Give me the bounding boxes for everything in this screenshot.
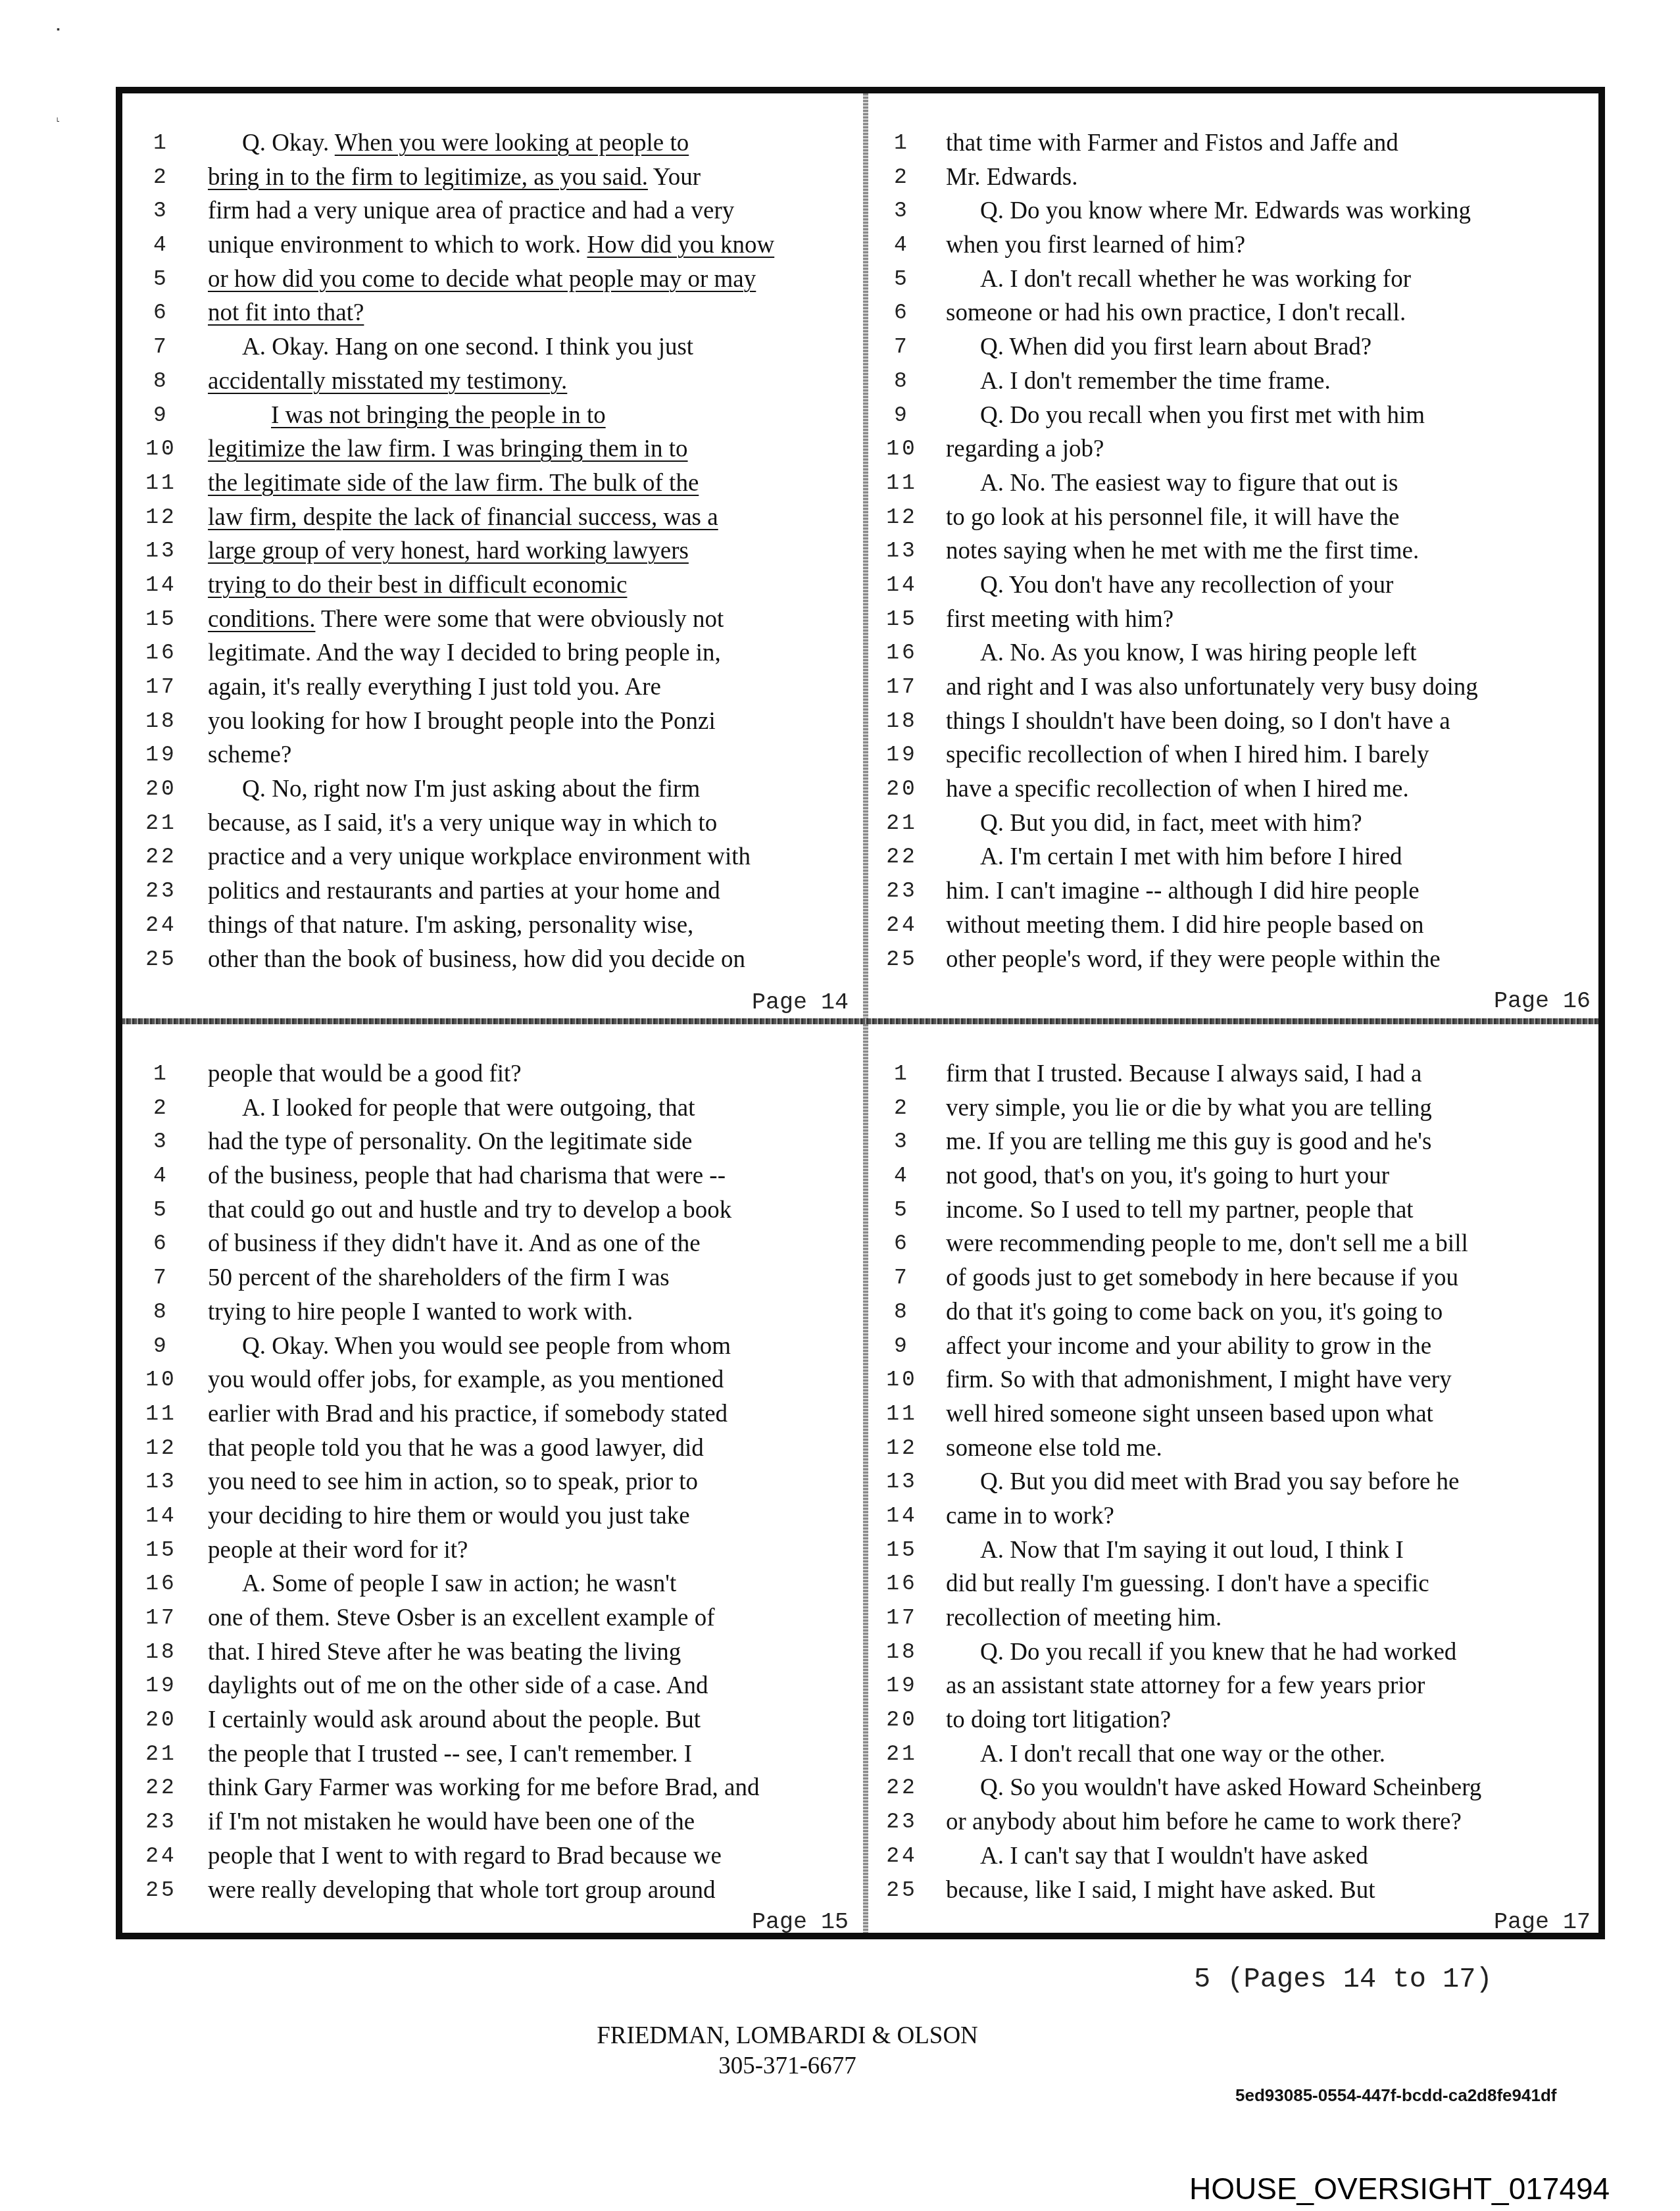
transcript-line: 5A. I don't recall whether he was workin… xyxy=(868,262,1605,297)
court-reporter-block: FRIEDMAN, LOMBARDI & OLSON 305-371-6677 xyxy=(0,2021,1627,2081)
line-number: 9 xyxy=(872,1329,931,1364)
line-number: 2 xyxy=(872,1091,931,1126)
line-text: as an assistant state attorney for a few… xyxy=(946,1669,1425,1703)
transcript-line: 18things I shouldn't have been doing, so… xyxy=(868,705,1605,739)
transcript-page-16: 1that time with Farmer and Fistos and Ja… xyxy=(868,93,1605,1018)
line-text: Q. You don't have any recollection of yo… xyxy=(946,568,1393,603)
transcript-line: 16legitimate. And the way I decided to b… xyxy=(122,636,863,670)
transcript-line: 7A. Okay. Hang on one second. I think yo… xyxy=(122,330,863,364)
transcript-line: 15A. Now that I'm saying it out loud, I … xyxy=(868,1533,1605,1568)
transcript-page-15: 1people that would be a good fit?2A. I l… xyxy=(122,1024,863,1939)
line-number: 24 xyxy=(872,908,931,943)
document-hash-id: 5ed93085-0554-447f-bcdd-ca2d8fe941df xyxy=(1235,2085,1556,2106)
transcript-line: 24without meeting them. I did hire peopl… xyxy=(868,908,1605,943)
line-text: were really developing that whole tort g… xyxy=(208,1874,716,1908)
line-number: 4 xyxy=(132,1159,191,1193)
line-number: 14 xyxy=(872,568,931,603)
line-number: 21 xyxy=(872,807,931,841)
transcript-line: 5that could go out and hustle and try to… xyxy=(122,1193,863,1228)
line-text: the legitimate side of the law firm. The… xyxy=(208,466,699,501)
line-number: 7 xyxy=(872,330,931,364)
page-17-lines: 1firm that I trusted. Because I always s… xyxy=(868,1057,1605,1907)
transcript-line: 11A. No. The easiest way to figure that … xyxy=(868,466,1605,501)
line-text: that time with Farmer and Fistos and Jaf… xyxy=(946,126,1398,161)
transcript-line: 9Q. Okay. When you would see people from… xyxy=(122,1329,863,1364)
transcript-line: 5income. So I used to tell my partner, p… xyxy=(868,1193,1605,1228)
line-text: Q. When did you first learn about Brad? xyxy=(946,330,1371,364)
line-text: A. No. The easiest way to figure that ou… xyxy=(946,466,1398,501)
line-number: 8 xyxy=(132,364,191,399)
line-text: or anybody about him before he came to w… xyxy=(946,1805,1462,1839)
line-number: 23 xyxy=(872,1805,931,1839)
line-text: first meeting with him? xyxy=(946,603,1174,637)
line-number: 22 xyxy=(872,1771,931,1805)
transcript-line: 15people at their word for it? xyxy=(122,1533,863,1568)
scan-mark: ▪ xyxy=(57,24,60,34)
transcript-line: 9affect your income and your ability to … xyxy=(868,1329,1605,1364)
line-text: practice and a very unique workplace env… xyxy=(208,840,751,874)
underline-annotation: legitimize the law firm. I was bringing … xyxy=(208,435,688,462)
line-text: Q. Do you know where Mr. Edwards was wor… xyxy=(946,194,1471,228)
transcript-line: 18that. I hired Steve after he was beati… xyxy=(122,1635,863,1670)
transcript-line: 8trying to hire people I wanted to work … xyxy=(122,1295,863,1329)
line-text: me. If you are telling me this guy is go… xyxy=(946,1125,1431,1159)
line-text: other than the book of business, how did… xyxy=(208,943,745,977)
underline-annotation: bring in to the firm to legitimize, as y… xyxy=(208,164,648,191)
line-number: 23 xyxy=(132,874,191,908)
transcript-line: 21Q. But you did, in fact, meet with him… xyxy=(868,807,1605,841)
transcript-line: 2A. I looked for people that were outgoi… xyxy=(122,1091,863,1126)
line-number: 17 xyxy=(132,1601,191,1635)
line-number: 4 xyxy=(132,228,191,262)
transcript-line: 13notes saying when he met with me the f… xyxy=(868,534,1605,568)
line-text: recollection of meeting him. xyxy=(946,1601,1222,1635)
transcript-line: 8A. I don't remember the time frame. xyxy=(868,364,1605,399)
transcript-line: 23him. I can't imagine -- although I did… xyxy=(868,874,1605,908)
transcript-line: 3Q. Do you know where Mr. Edwards was wo… xyxy=(868,194,1605,228)
line-text: firm. So with that admonishment, I might… xyxy=(946,1363,1452,1397)
page-16-lines: 1that time with Farmer and Fistos and Ja… xyxy=(868,126,1605,976)
line-number: 13 xyxy=(872,534,931,568)
line-text: firm that I trusted. Because I always sa… xyxy=(946,1057,1421,1091)
line-number: 4 xyxy=(872,228,931,262)
page-number-label: Page 15 xyxy=(752,1909,849,1935)
line-number: 12 xyxy=(872,501,931,535)
line-text: someone else told me. xyxy=(946,1431,1162,1466)
line-text: that. I hired Steve after he was beating… xyxy=(208,1635,681,1670)
transcript-line: 12that people told you that he was a goo… xyxy=(122,1431,863,1466)
line-number: 7 xyxy=(132,330,191,364)
transcript-line: 10firm. So with that admonishment, I mig… xyxy=(868,1363,1605,1397)
line-number: 24 xyxy=(132,1839,191,1874)
line-text: A. No. As you know, I was hiring people … xyxy=(946,636,1417,670)
transcript-line: 22practice and a very unique workplace e… xyxy=(122,840,863,874)
transcript-page-14: 1Q. Okay. When you were looking at peopl… xyxy=(122,93,863,1018)
line-number: 25 xyxy=(872,943,931,977)
line-text: you looking for how I brought people int… xyxy=(208,705,716,739)
transcript-line: 11the legitimate side of the law firm. T… xyxy=(122,466,863,501)
underline-annotation: large group of very honest, hard working… xyxy=(208,537,689,564)
line-number: 3 xyxy=(872,1125,931,1159)
page-15-lines: 1people that would be a good fit?2A. I l… xyxy=(122,1057,863,1907)
line-text: law firm, despite the lack of financial … xyxy=(208,501,718,535)
transcript-page-17: 1firm that I trusted. Because I always s… xyxy=(868,1024,1605,1939)
transcript-line: 17and right and I was also unfortunately… xyxy=(868,670,1605,705)
line-text: people that I went to with regard to Bra… xyxy=(208,1839,722,1874)
line-number: 23 xyxy=(872,874,931,908)
line-number: 22 xyxy=(132,840,191,874)
line-text: think Gary Farmer was working for me bef… xyxy=(208,1771,759,1805)
line-number: 23 xyxy=(132,1805,191,1839)
line-text: large group of very honest, hard working… xyxy=(208,534,689,568)
line-number: 15 xyxy=(872,1533,931,1568)
line-text: affect your income and your ability to g… xyxy=(946,1329,1431,1364)
line-text: accidentally misstated my testimony. xyxy=(208,364,567,399)
line-text: A. I'm certain I met with him before I h… xyxy=(946,840,1402,874)
transcript-line: 8do that it's going to come back on you,… xyxy=(868,1295,1605,1329)
transcript-line: 21the people that I trusted -- see, I ca… xyxy=(122,1737,863,1772)
transcript-line: 18Q. Do you recall if you knew that he h… xyxy=(868,1635,1605,1670)
line-number: 24 xyxy=(132,908,191,943)
line-number: 13 xyxy=(132,534,191,568)
line-number: 11 xyxy=(872,466,931,501)
line-number: 16 xyxy=(872,1567,931,1601)
line-number: 20 xyxy=(872,772,931,807)
transcript-line: 14came in to work? xyxy=(868,1499,1605,1533)
transcript-line: 16did but really I'm guessing. I don't h… xyxy=(868,1567,1605,1601)
line-number: 17 xyxy=(872,1601,931,1635)
transcript-line: 4when you first learned of him? xyxy=(868,228,1605,262)
page-number-label: Page 14 xyxy=(752,989,849,1016)
transcript-line: 1firm that I trusted. Because I always s… xyxy=(868,1057,1605,1091)
transcript-line: 24people that I went to with regard to B… xyxy=(122,1839,863,1874)
column-divider xyxy=(863,93,868,1933)
line-number: 9 xyxy=(872,399,931,433)
line-number: 16 xyxy=(132,636,191,670)
line-text: A. I looked for people that were outgoin… xyxy=(208,1091,695,1126)
transcript-line: 22A. I'm certain I met with him before I… xyxy=(868,840,1605,874)
line-text: A. I don't recall whether he was working… xyxy=(946,262,1411,297)
line-number: 5 xyxy=(872,262,931,297)
line-number: 25 xyxy=(132,943,191,977)
underline-annotation: How did you know xyxy=(587,232,774,259)
line-text: to go look at his personnel file, it wil… xyxy=(946,501,1400,535)
transcript-line: 12someone else told me. xyxy=(868,1431,1605,1466)
line-number: 14 xyxy=(872,1499,931,1533)
line-number: 3 xyxy=(132,194,191,228)
line-text: well hired someone sight unseen based up… xyxy=(946,1397,1433,1431)
transcript-line: 25other than the book of business, how d… xyxy=(122,943,863,977)
transcript-line: 22think Gary Farmer was working for me b… xyxy=(122,1771,863,1805)
line-text: have a specific recollection of when I h… xyxy=(946,772,1409,807)
transcript-line: 20to doing tort litigation? xyxy=(868,1703,1605,1737)
line-text: Q. Do you recall if you knew that he had… xyxy=(946,1635,1456,1670)
line-text: one of them. Steve Osber is an excellent… xyxy=(208,1601,715,1635)
line-text: A. Okay. Hang on one second. I think you… xyxy=(208,330,693,364)
line-number: 6 xyxy=(132,1227,191,1261)
line-text: people at their word for it? xyxy=(208,1533,468,1568)
line-number: 15 xyxy=(872,603,931,637)
line-text: trying to do their best in difficult eco… xyxy=(208,568,627,603)
line-text: do that it's going to come back on you, … xyxy=(946,1295,1443,1329)
transcript-line: 25because, like I said, I might have ask… xyxy=(868,1874,1605,1908)
transcript-line: 21A. I don't recall that one way or the … xyxy=(868,1737,1605,1772)
line-number: 12 xyxy=(132,501,191,535)
underline-annotation: trying to do their best in difficult eco… xyxy=(208,572,627,599)
transcript-line: 6not fit into that? xyxy=(122,296,863,330)
transcript-line: 15conditions. There were some that were … xyxy=(122,603,863,637)
line-text: income. So I used to tell my partner, pe… xyxy=(946,1193,1414,1228)
line-number: 9 xyxy=(132,1329,191,1364)
line-number: 15 xyxy=(132,603,191,637)
page-range-label: 5 (Pages 14 to 17) xyxy=(1194,1964,1493,1995)
line-number: 3 xyxy=(872,194,931,228)
line-text: Q. But you did, in fact, meet with him? xyxy=(946,807,1362,841)
line-text: Q. Okay. When you would see people from … xyxy=(208,1329,731,1364)
line-number: 17 xyxy=(872,670,931,705)
transcript-line: 20Q. No, right now I'm just asking about… xyxy=(122,772,863,807)
bates-number: HOUSE_OVERSIGHT_017494 xyxy=(1189,2171,1610,2206)
line-number: 6 xyxy=(872,296,931,330)
page-14-lines: 1Q. Okay. When you were looking at peopl… xyxy=(122,126,863,976)
reporter-name: FRIEDMAN, LOMBARDI & OLSON xyxy=(0,2021,1627,2051)
line-text: the people that I trusted -- see, I can'… xyxy=(208,1737,692,1772)
transcript-line: 23or anybody about him before he came to… xyxy=(868,1805,1605,1839)
line-text: specific recollection of when I hired hi… xyxy=(946,738,1429,772)
line-number: 10 xyxy=(132,432,191,466)
transcript-line: 2very simple, you lie or die by what you… xyxy=(868,1091,1605,1126)
transcript-line: 19daylights out of me on the other side … xyxy=(122,1669,863,1703)
transcript-line: 14trying to do their best in difficult e… xyxy=(122,568,863,603)
line-text: that could go out and hustle and try to … xyxy=(208,1193,731,1228)
line-number: 1 xyxy=(132,1057,191,1091)
transcript-line: 13Q. But you did meet with Brad you say … xyxy=(868,1465,1605,1499)
line-number: 19 xyxy=(132,738,191,772)
transcript-line: 25were really developing that whole tort… xyxy=(122,1874,863,1908)
line-text: your deciding to hire them or would you … xyxy=(208,1499,690,1533)
line-number: 6 xyxy=(132,296,191,330)
transcript-line: 24A. I can't say that I wouldn't have as… xyxy=(868,1839,1605,1874)
transcript-line: 18you looking for how I brought people i… xyxy=(122,705,863,739)
line-text: 50 percent of the shareholders of the fi… xyxy=(208,1261,670,1295)
transcript-line: 4of the business, people that had charis… xyxy=(122,1159,863,1193)
transcript-line: 3had the type of personality. On the leg… xyxy=(122,1125,863,1159)
transcript-line: 22Q. So you wouldn't have asked Howard S… xyxy=(868,1771,1605,1805)
line-number: 1 xyxy=(872,1057,931,1091)
line-number: 22 xyxy=(132,1771,191,1805)
transcript-line: 23if I'm not mistaken he would have been… xyxy=(122,1805,863,1839)
line-number: 12 xyxy=(132,1431,191,1466)
line-text: unique environment to which to work. How… xyxy=(208,228,774,262)
line-text: regarding a job? xyxy=(946,432,1104,466)
transcript-line: 1people that would be a good fit? xyxy=(122,1057,863,1091)
transcript-line: 15first meeting with him? xyxy=(868,603,1605,637)
transcript-line: 19scheme? xyxy=(122,738,863,772)
line-text: conditions. There were some that were ob… xyxy=(208,603,724,637)
line-text: of goods just to get somebody in here be… xyxy=(946,1261,1458,1295)
line-number: 13 xyxy=(132,1465,191,1499)
line-number: 7 xyxy=(132,1261,191,1295)
transcript-line: 24things of that nature. I'm asking, per… xyxy=(122,908,863,943)
transcript-line: 20I certainly would ask around about the… xyxy=(122,1703,863,1737)
transcript-line: 4not good, that's on you, it's going to … xyxy=(868,1159,1605,1193)
line-number: 15 xyxy=(132,1533,191,1568)
underline-annotation: law firm, despite the lack of financial … xyxy=(208,504,718,531)
line-text: when you first learned of him? xyxy=(946,228,1245,262)
line-number: 14 xyxy=(132,1499,191,1533)
line-text: trying to hire people I wanted to work w… xyxy=(208,1295,633,1329)
transcript-line: 9Q. Do you recall when you first met wit… xyxy=(868,399,1605,433)
transcript-line: 12law firm, despite the lack of financia… xyxy=(122,501,863,535)
underline-annotation: conditions. xyxy=(208,606,315,633)
line-text: of the business, people that had charism… xyxy=(208,1159,726,1193)
line-text: politics and restaurants and parties at … xyxy=(208,874,720,908)
line-text: not good, that's on you, it's going to h… xyxy=(946,1159,1389,1193)
line-text: things of that nature. I'm asking, perso… xyxy=(208,908,693,943)
line-text: you would offer jobs, for example, as yo… xyxy=(208,1363,724,1397)
line-number: 18 xyxy=(872,1635,931,1670)
line-number: 20 xyxy=(132,1703,191,1737)
line-text: again, it's really everything I just tol… xyxy=(208,670,661,705)
line-text: came in to work? xyxy=(946,1499,1114,1533)
transcript-line: 10legitimize the law firm. I was bringin… xyxy=(122,432,863,466)
line-text: had the type of personality. On the legi… xyxy=(208,1125,692,1159)
line-number: 25 xyxy=(872,1874,931,1908)
line-number: 2 xyxy=(132,1091,191,1126)
line-text: A. Some of people I saw in action; he wa… xyxy=(208,1567,676,1601)
underline-annotation: the legitimate side of the law firm. The… xyxy=(208,470,699,497)
line-number: 10 xyxy=(132,1363,191,1397)
page-number-label: Page 17 xyxy=(1494,1909,1591,1935)
line-number: 18 xyxy=(132,705,191,739)
transcript-line: 3firm had a very unique area of practice… xyxy=(122,194,863,228)
transcript-line: 17one of them. Steve Osber is an excelle… xyxy=(122,1601,863,1635)
page-number-label: Page 16 xyxy=(1494,988,1591,1014)
line-number: 11 xyxy=(132,1397,191,1431)
line-number: 19 xyxy=(132,1669,191,1703)
transcript-line: 16A. No. As you know, I was hiring peopl… xyxy=(868,636,1605,670)
line-text: Q. Do you recall when you first met with… xyxy=(946,399,1425,433)
line-text: that people told you that he was a good … xyxy=(208,1431,704,1466)
line-number: 8 xyxy=(872,1295,931,1329)
line-text: Q. So you wouldn't have asked Howard Sch… xyxy=(946,1771,1481,1805)
line-number: 10 xyxy=(872,1363,931,1397)
line-text: Q. Okay. When you were looking at people… xyxy=(208,126,689,161)
line-text: were recommending people to me, don't se… xyxy=(946,1227,1468,1261)
line-text: A. Now that I'm saying it out loud, I th… xyxy=(946,1533,1404,1568)
line-text: legitimate. And the way I decided to bri… xyxy=(208,636,721,670)
line-number: 10 xyxy=(872,432,931,466)
line-text: A. I don't recall that one way or the ot… xyxy=(946,1737,1385,1772)
line-text: because, like I said, I might have asked… xyxy=(946,1874,1375,1908)
transcript-line: 11well hired someone sight unseen based … xyxy=(868,1397,1605,1431)
line-number: 1 xyxy=(872,126,931,161)
line-number: 22 xyxy=(872,840,931,874)
line-number: 8 xyxy=(872,364,931,399)
line-number: 18 xyxy=(872,705,931,739)
line-text: Q. No, right now I'm just asking about t… xyxy=(208,772,700,807)
line-text: someone or had his own practice, I don't… xyxy=(946,296,1406,330)
transcript-line: 9I was not bringing the people in to xyxy=(122,399,863,433)
transcript-line: 10regarding a job? xyxy=(868,432,1605,466)
transcript-line: 21because, as I said, it's a very unique… xyxy=(122,807,863,841)
line-text: or how did you come to decide what peopl… xyxy=(208,262,756,297)
line-number: 6 xyxy=(872,1227,931,1261)
transcript-line: 5or how did you come to decide what peop… xyxy=(122,262,863,297)
transcript-line: 14your deciding to hire them or would yo… xyxy=(122,1499,863,1533)
transcript-line: 13large group of very honest, hard worki… xyxy=(122,534,863,568)
line-text: other people's word, if they were people… xyxy=(946,943,1441,977)
underline-annotation: or how did you come to decide what peopl… xyxy=(208,266,756,293)
line-text: Q. But you did meet with Brad you say be… xyxy=(946,1465,1460,1499)
line-text: scheme? xyxy=(208,738,291,772)
line-number: 3 xyxy=(132,1125,191,1159)
line-number: 1 xyxy=(132,126,191,161)
line-text: people that would be a good fit? xyxy=(208,1057,522,1091)
line-number: 7 xyxy=(872,1261,931,1295)
line-number: 25 xyxy=(132,1874,191,1908)
scan-mark: ˪ xyxy=(57,113,60,124)
transcript-line: 1that time with Farmer and Fistos and Ja… xyxy=(868,126,1605,161)
line-number: 24 xyxy=(872,1839,931,1874)
transcript-line: 3me. If you are telling me this guy is g… xyxy=(868,1125,1605,1159)
line-text: without meeting them. I did hire people … xyxy=(946,908,1423,943)
transcript-line: 20have a specific recollection of when I… xyxy=(868,772,1605,807)
transcript-line: 25other people's word, if they were peop… xyxy=(868,943,1605,977)
transcript-line: 1Q. Okay. When you were looking at peopl… xyxy=(122,126,863,161)
line-number: 12 xyxy=(872,1431,931,1466)
line-number: 21 xyxy=(132,807,191,841)
line-text: I certainly would ask around about the p… xyxy=(208,1703,701,1737)
line-text: notes saying when he met with me the fir… xyxy=(946,534,1419,568)
line-text: if I'm not mistaken he would have been o… xyxy=(208,1805,695,1839)
underline-annotation: When you were looking at people to xyxy=(335,130,689,157)
transcript-line: 17again, it's really everything I just t… xyxy=(122,670,863,705)
transcript-line: 6someone or had his own practice, I don'… xyxy=(868,296,1605,330)
line-text: things I shouldn't have been doing, so I… xyxy=(946,705,1450,739)
line-number: 2 xyxy=(132,161,191,195)
row-divider xyxy=(122,1018,1598,1024)
underline-annotation: I was not bringing the people in to xyxy=(271,402,606,429)
line-number: 5 xyxy=(872,1193,931,1228)
transcript-line: 17recollection of meeting him. xyxy=(868,1601,1605,1635)
line-text: A. I don't remember the time frame. xyxy=(946,364,1331,399)
line-text: and right and I was also unfortunately v… xyxy=(946,670,1478,705)
line-text: not fit into that? xyxy=(208,296,364,330)
line-number: 5 xyxy=(132,262,191,297)
transcript-line: 2Mr. Edwards. xyxy=(868,161,1605,195)
line-text: bring in to the firm to legitimize, as y… xyxy=(208,161,701,195)
transcript-line: 11earlier with Brad and his practice, if… xyxy=(122,1397,863,1431)
line-number: 20 xyxy=(872,1703,931,1737)
line-number: 9 xyxy=(132,399,191,433)
line-number: 18 xyxy=(132,1635,191,1670)
transcript-frame: 1Q. Okay. When you were looking at peopl… xyxy=(116,87,1605,1939)
transcript-line: 19specific recollection of when I hired … xyxy=(868,738,1605,772)
transcript-line: 2bring in to the firm to legitimize, as … xyxy=(122,161,863,195)
line-number: 4 xyxy=(872,1159,931,1193)
underline-annotation: not fit into that? xyxy=(208,299,364,326)
line-number: 13 xyxy=(872,1465,931,1499)
line-text: to doing tort litigation? xyxy=(946,1703,1171,1737)
line-text: A. I can't say that I wouldn't have aske… xyxy=(946,1839,1368,1874)
line-number: 5 xyxy=(132,1193,191,1228)
transcript-line: 7Q. When did you first learn about Brad? xyxy=(868,330,1605,364)
transcript-line: 23politics and restaurants and parties a… xyxy=(122,874,863,908)
line-text: did but really I'm guessing. I don't hav… xyxy=(946,1567,1429,1601)
line-text: because, as I said, it's a very unique w… xyxy=(208,807,717,841)
line-number: 16 xyxy=(132,1567,191,1601)
